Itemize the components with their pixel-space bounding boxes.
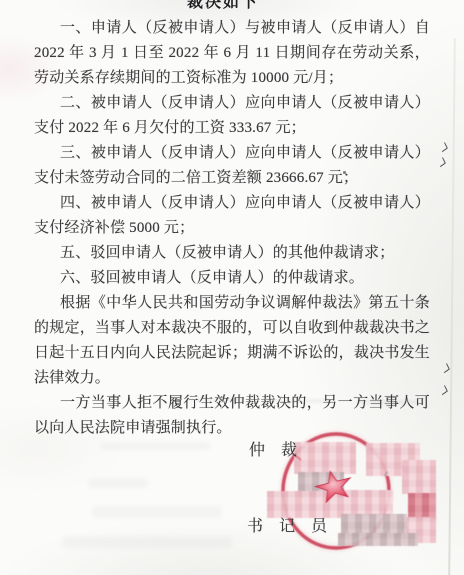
arbitrator-label: 仲 裁 — [249, 437, 297, 460]
ruling-paragraph-5: 五、驳回申请人（反被申请人）的其他仲裁请求； — [34, 241, 430, 266]
ruling-paragraph-6: 六、驳回被申请人（反申请人）的仲裁请求。 — [34, 266, 430, 291]
enforcement-paragraph: 一方当事人拒不履行生效仲裁裁决的，另一方当事人可以向人民法院申请强制执行。 — [34, 391, 430, 441]
ruling-paragraph-4: 四、被申请人（反申请人）应向申请人（反被申请人）支付经济补偿 5000 元； — [34, 191, 430, 241]
ink-speck — [343, 171, 346, 174]
paper-smudge — [62, 536, 232, 548]
redaction-block — [408, 493, 436, 519]
paper-edge-line — [448, 38, 455, 575]
redaction-block — [338, 533, 418, 546]
appeal-rights-paragraph: 根据《中华人民共和国劳动争议调解仲裁法》第五十条的规定，当事人对本裁决不服的，可… — [34, 291, 430, 391]
document-page: 裁决如下 一、申请人（反被申请人）与被申请人（反申请人）自 2022 年 3 月… — [0, 0, 464, 575]
paper-smudge — [100, 442, 210, 450]
clerk-label: 书 记 员 — [247, 513, 327, 536]
cropped-heading: 裁决如下 — [187, 0, 259, 12]
paper-smudge — [88, 478, 148, 488]
margin-check-mark: 〉 — [443, 360, 456, 377]
ruling-body: 一、申请人（反被申请人）与被申请人（反申请人）自 2022 年 3 月 1 日至… — [34, 16, 430, 441]
ruling-paragraph-1: 一、申请人（反被申请人）与被申请人（反申请人）自 2022 年 3 月 1 日至… — [34, 16, 430, 91]
redaction-block — [294, 442, 356, 474]
paper-smudge — [92, 506, 222, 518]
margin-check-mark: 〉 — [441, 382, 454, 399]
redaction-block — [402, 460, 436, 494]
margin-check-mark: 〉 — [439, 154, 452, 171]
ruling-paragraph-3: 三、被申请人（反申请人）应向申请人（反被申请人）支付未签劳动合同的二倍工资差额 … — [34, 141, 430, 191]
ruling-paragraph-2: 二、被申请人（反申请人）应向申请人（反被申请人）支付 2022 年 6 月欠付的… — [34, 91, 430, 141]
